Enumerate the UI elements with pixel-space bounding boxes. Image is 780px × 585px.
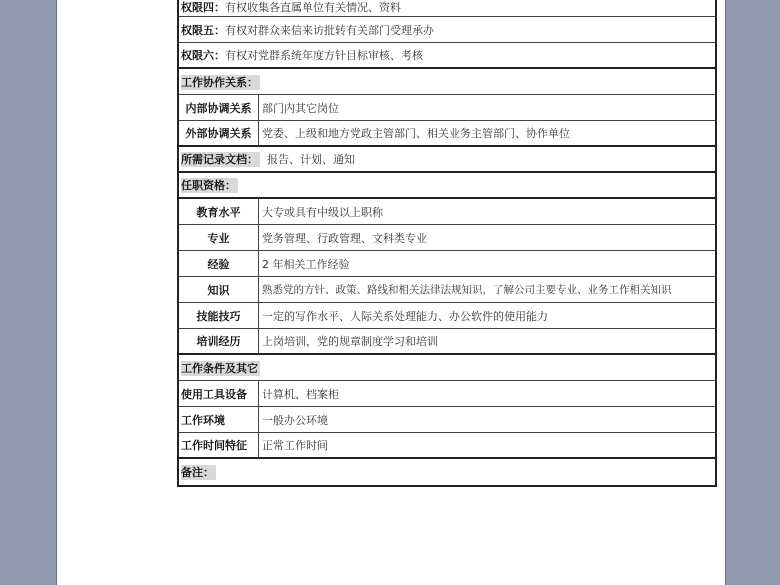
qualifications-heading-row: 任职资格： bbox=[179, 173, 715, 199]
row-label: 知识 bbox=[179, 277, 259, 302]
row-label: 内部协调关系 bbox=[179, 95, 259, 120]
authority-label: 权限六： bbox=[181, 49, 225, 62]
row-value: 正常工作时间 bbox=[259, 437, 328, 453]
records-label: 所需记录文档： bbox=[181, 152, 260, 167]
row-value: 党务管理、行政管理、文科类专业 bbox=[259, 230, 427, 246]
conditions-heading-row: 工作条件及其它 bbox=[179, 355, 715, 381]
authority-text: 有权收集各直属单位有关情况、资料 bbox=[225, 1, 401, 14]
row-label: 专业 bbox=[179, 225, 259, 250]
row-value: 党委、上级和地方党政主管部门、相关业务主管部门、协作单位 bbox=[259, 125, 570, 141]
row-value: 一定的写作水平、人际关系处理能力、办公软件的使用能力 bbox=[259, 308, 548, 324]
condition-row: 工作时间特征 正常工作时间 bbox=[179, 433, 715, 459]
qualification-row: 知识 熟悉党的方针、政策、路线和相关法律法规知识，了解公司主要专业、业务工作相关… bbox=[179, 277, 715, 303]
authority-label: 权限四： bbox=[181, 1, 225, 14]
notes-row: 备注： bbox=[179, 459, 715, 485]
row-label: 技能技巧 bbox=[179, 303, 259, 328]
qualification-row: 专业 党务管理、行政管理、文科类专业 bbox=[179, 225, 715, 251]
row-label: 工作时间特征 bbox=[179, 433, 259, 457]
document-page: 权限四：有权收集各直属单位有关情况、资料 权限五：有权对群众来信来访批转有关部门… bbox=[56, 0, 726, 585]
authority-label: 权限五： bbox=[181, 24, 225, 37]
section-heading: 工作条件及其它 bbox=[181, 361, 260, 376]
row-value: 大专或具有中级以上职称 bbox=[259, 204, 383, 220]
row-value: 上岗培训，党的规章制度学习和培训 bbox=[259, 333, 438, 349]
cooperation-heading-row: 工作协作关系： bbox=[179, 69, 715, 95]
cooperation-row: 外部协调关系 党委、上级和地方党政主管部门、相关业务主管部门、协作单位 bbox=[179, 121, 715, 147]
authority-row-5: 权限五：有权对群众来信来访批转有关部门受理承办 bbox=[179, 17, 715, 43]
row-value: 熟悉党的方针、政策、路线和相关法律法规知识，了解公司主要专业、业务工作相关知识 bbox=[259, 282, 672, 297]
row-label: 使用工具设备 bbox=[179, 381, 259, 406]
qualification-row: 教育水平 大专或具有中级以上职称 bbox=[179, 199, 715, 225]
row-value: 计算机、档案柜 bbox=[259, 386, 339, 402]
row-label: 工作环境 bbox=[179, 407, 259, 432]
row-value: 一般办公环境 bbox=[259, 412, 328, 428]
row-value: 2 年相关工作经验 bbox=[259, 256, 350, 272]
qualification-row: 经验 2 年相关工作经验 bbox=[179, 251, 715, 277]
authority-text: 有权对群众来信来访批转有关部门受理承办 bbox=[225, 24, 434, 37]
section-heading: 工作协作关系： bbox=[181, 75, 260, 90]
condition-row: 使用工具设备 计算机、档案柜 bbox=[179, 381, 715, 407]
records-row: 所需记录文档： 报告、计划、通知 bbox=[179, 147, 715, 173]
section-heading: 任职资格： bbox=[181, 178, 238, 193]
cooperation-row: 内部协调关系 部门内其它岗位 bbox=[179, 95, 715, 121]
records-value: 报告、计划、通知 bbox=[267, 153, 355, 166]
authority-row-6: 权限六：有权对党群系统年度方针目标审核、考核 bbox=[179, 43, 715, 69]
authority-row-4: 权限四：有权收集各直属单位有关情况、资料 bbox=[179, 0, 715, 17]
job-description-table: 权限四：有权收集各直属单位有关情况、资料 权限五：有权对群众来信来访批转有关部门… bbox=[177, 0, 717, 487]
qualification-row: 培训经历 上岗培训，党的规章制度学习和培训 bbox=[179, 329, 715, 355]
authority-text: 有权对党群系统年度方针目标审核、考核 bbox=[225, 49, 423, 62]
row-label: 经验 bbox=[179, 251, 259, 276]
row-value: 部门内其它岗位 bbox=[259, 100, 339, 116]
row-label: 教育水平 bbox=[179, 199, 259, 224]
condition-row: 工作环境 一般办公环境 bbox=[179, 407, 715, 433]
notes-label: 备注： bbox=[181, 465, 216, 480]
row-label: 外部协调关系 bbox=[179, 121, 259, 145]
qualification-row: 技能技巧 一定的写作水平、人际关系处理能力、办公软件的使用能力 bbox=[179, 303, 715, 329]
row-label: 培训经历 bbox=[179, 329, 259, 353]
